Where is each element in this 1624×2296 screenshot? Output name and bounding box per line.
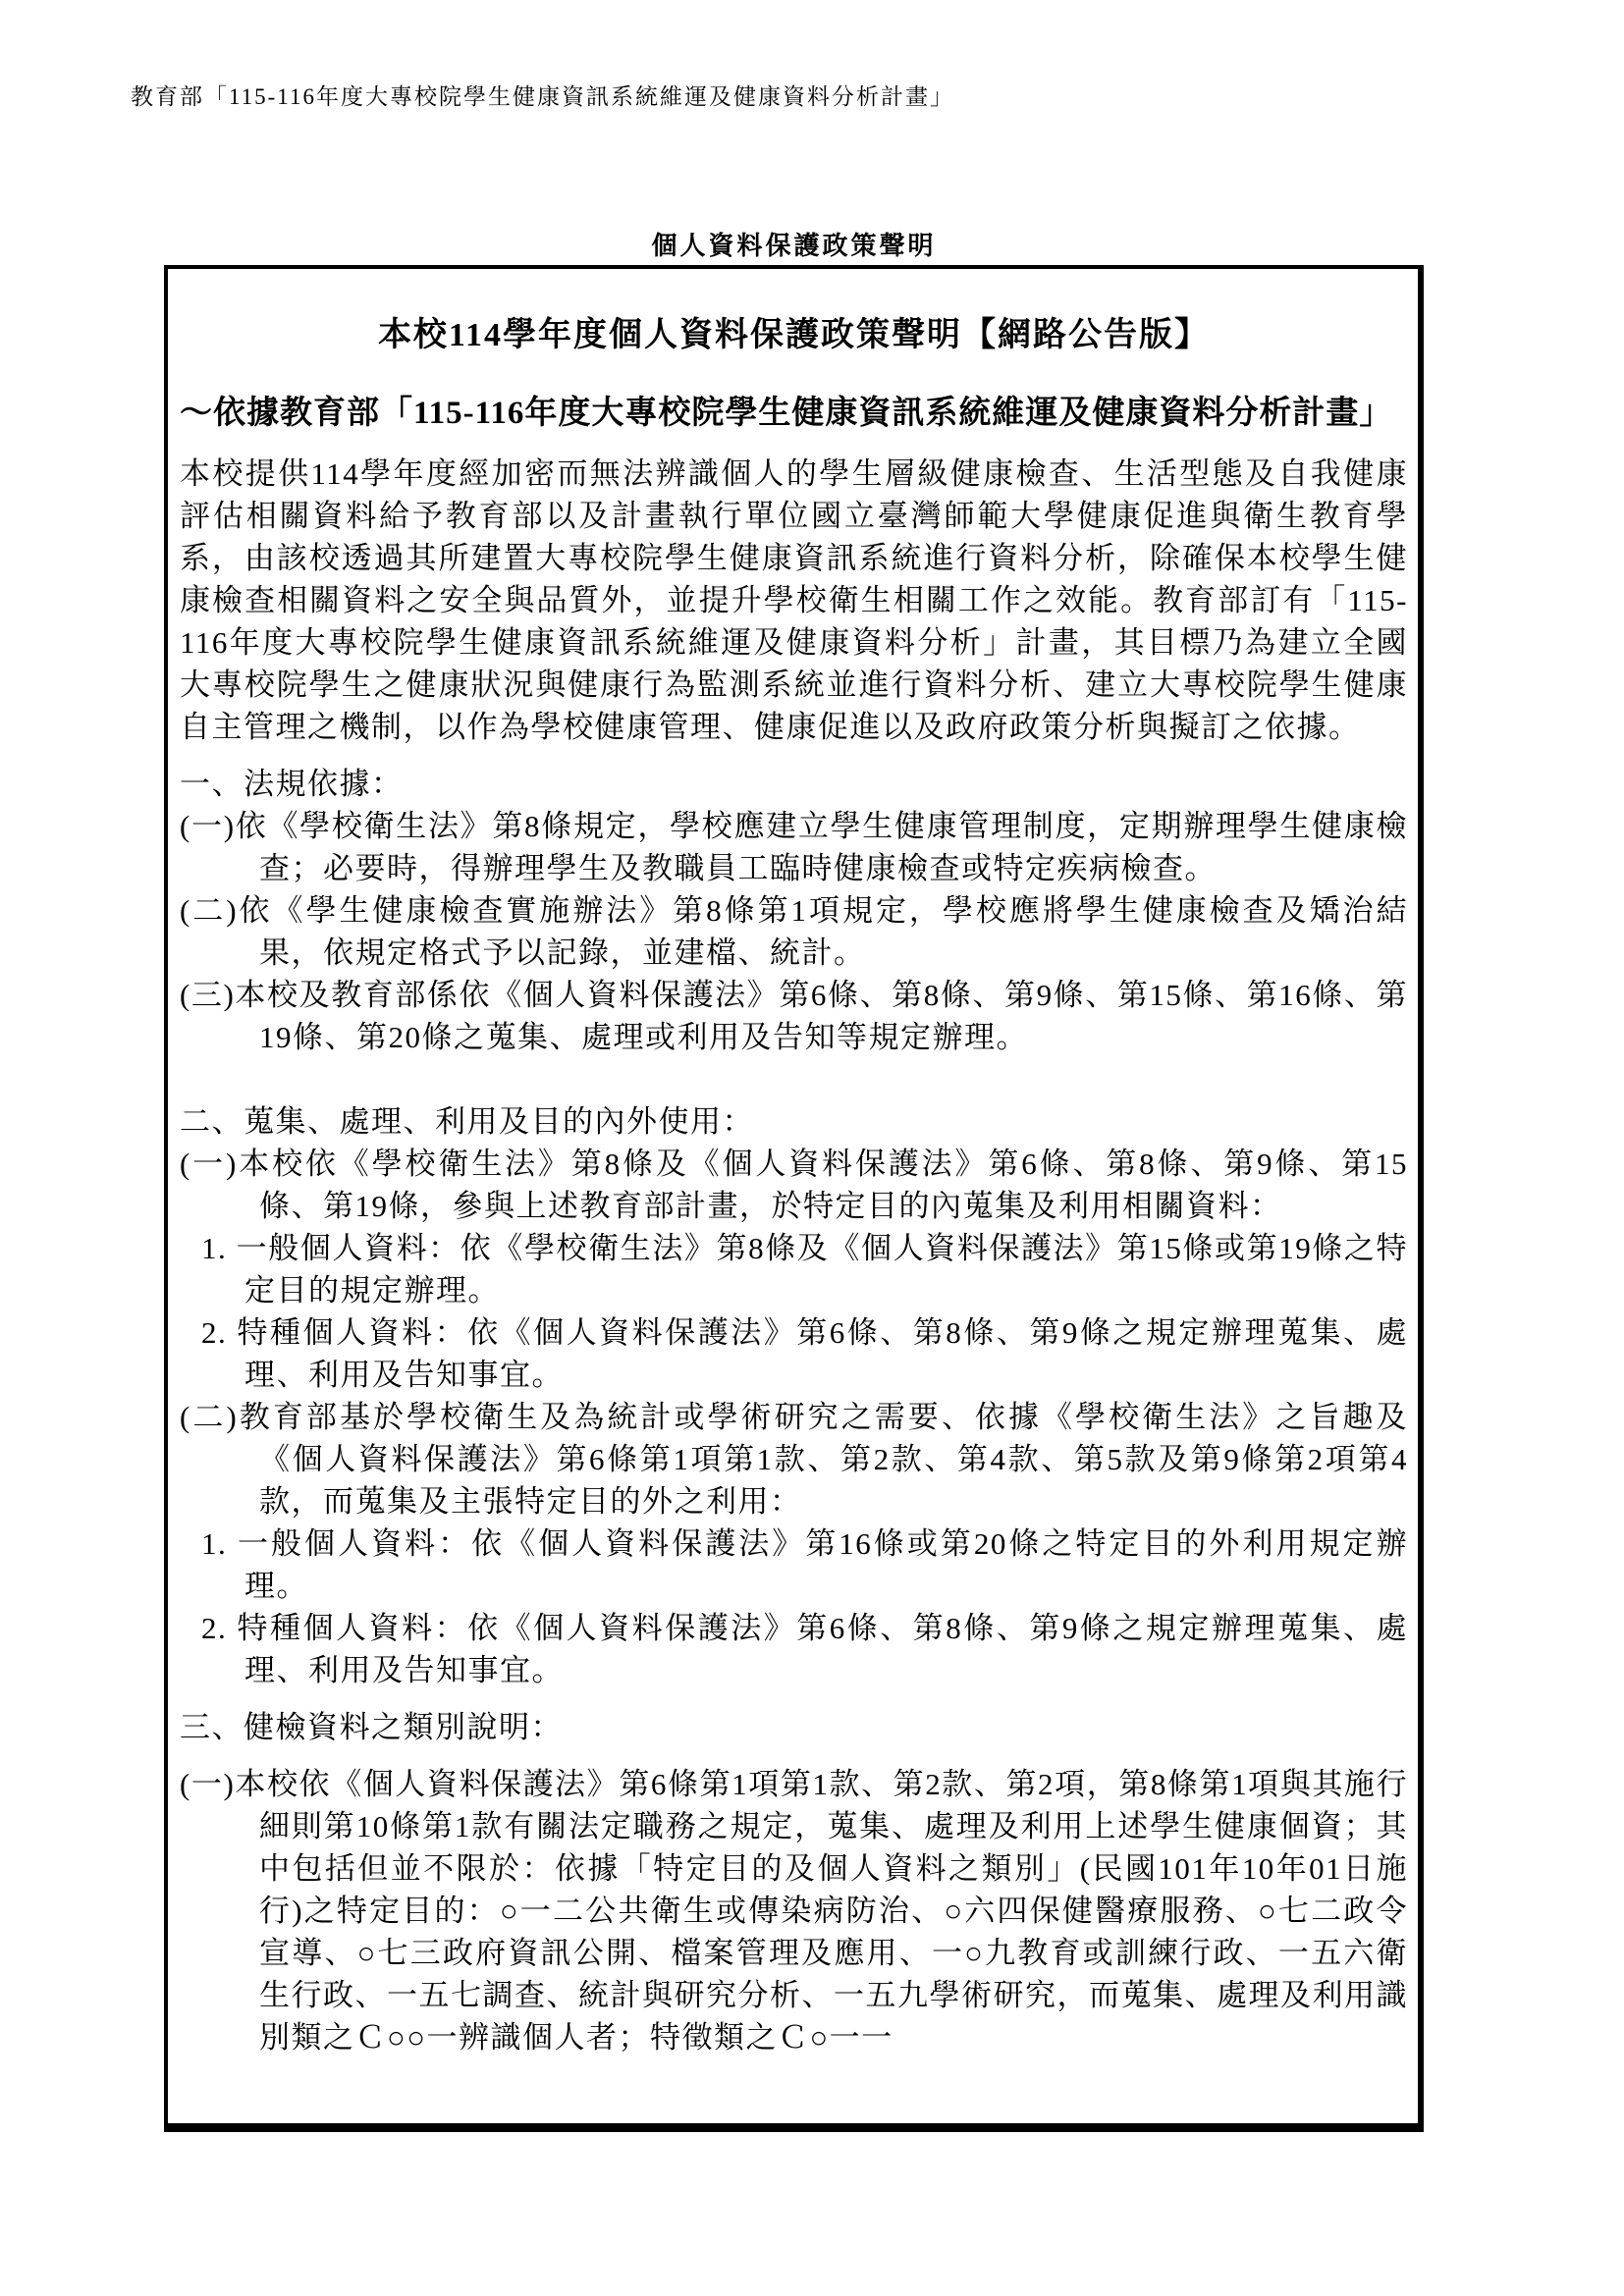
page-header: 教育部「115-116年度大專校院學生健康資訊系統維運及健康資料分析計畫」 [131, 79, 954, 111]
policy-statement-box: 本校114學年度個人資料保護政策聲明【網路公告版】 ～依據教育部「115-116… [164, 265, 1424, 2132]
text-block: (一)依《學校衛生法》第8條規定，學校應建立學生健康管理制度，定期辦理學生健康檢… [180, 805, 1408, 889]
policy-box-title: 本校114學年度個人資料保護政策聲明【網路公告版】 [180, 313, 1408, 358]
text-block [180, 1691, 1408, 1706]
text-block: (一)本校依《學校衛生法》第8條及《個人資料保護法》第6條、第8條、第9條、第1… [180, 1143, 1408, 1227]
text-block: 2. 特種個人資料：依《個人資料保護法》第6條、第8條、第9條之規定辦理蒐集、處… [180, 1607, 1408, 1691]
text-block [180, 748, 1408, 763]
text-block: (二)教育部基於學校衛生及為統計或學術研究之需要、依據《學校衛生法》之旨趣及《個… [180, 1396, 1408, 1522]
document-page: 教育部「115-116年度大專校院學生健康資訊系統維運及健康資料分析計畫」 個人… [0, 0, 1624, 2296]
text-block: 2. 特種個人資料：依《個人資料保護法》第6條、第8條、第9條之規定辦理蒐集、處… [180, 1311, 1408, 1396]
text-block: 1. 一般個人資料：依《學校衛生法》第8條及《個人資料保護法》第15條或第19條… [180, 1227, 1408, 1311]
policy-body: 本校提供114學年度經加密而無法辨識個人的學生層級健康檢查、生活型態及自我健康評… [180, 453, 1408, 2058]
text-block: 1. 一般個人資料：依《個人資料保護法》第16條或第20條之特定目的外利用規定辦… [180, 1522, 1408, 1607]
text-block: 三、健檢資料之類別說明： [180, 1706, 1408, 1748]
text-block [180, 1748, 1408, 1763]
text-block: (一)本校依《個人資料保護法》第6條第1項第1款、第2款、第2項，第8條第1項與… [180, 1763, 1408, 2058]
text-block: (三)本校及教育部係依《個人資料保護法》第6條、第8條、第9條、第15條、第16… [180, 974, 1408, 1058]
text-block: (二)依《學生健康檢查實施辦法》第8條第1項規定，學校應將學生健康檢查及矯治結果… [180, 889, 1408, 974]
text-block: 本校提供114學年度經加密而無法辨識個人的學生層級健康檢查、生活型態及自我健康評… [180, 453, 1408, 748]
text-block: 二、蒐集、處理、利用及目的內外使用： [180, 1100, 1408, 1143]
policy-box-subtitle: ～依據教育部「115-116年度大專校院學生健康資訊系統維運及健康資料分析計畫」 [180, 391, 1408, 436]
text-block [180, 1058, 1408, 1100]
text-block: 一、法規依據： [180, 763, 1408, 805]
document-title: 個人資料保護政策聲明 [164, 226, 1424, 262]
